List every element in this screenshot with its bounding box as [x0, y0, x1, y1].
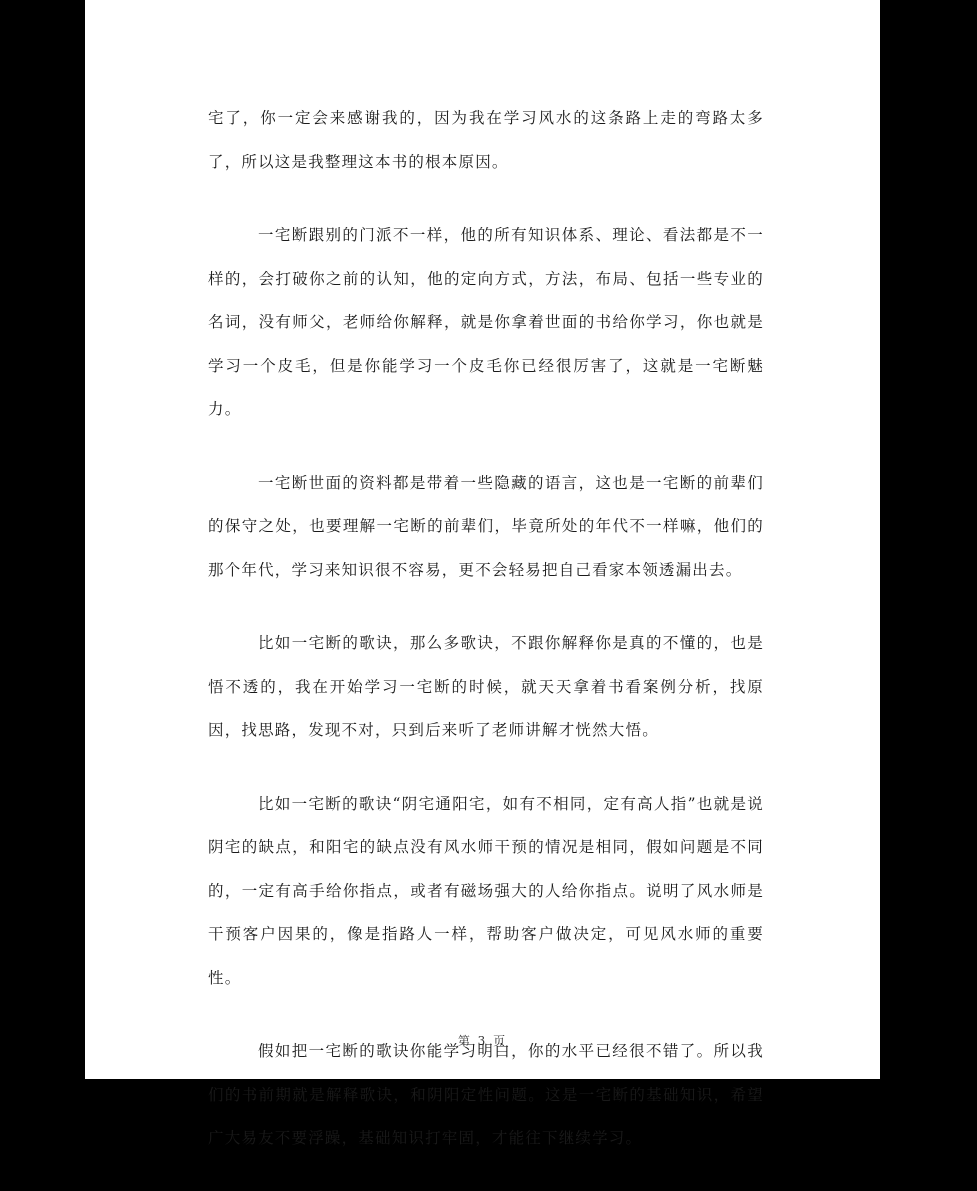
- paragraph-yin-yang-verse: 比如一宅断的歌诀“阴宅通阳宅，如有不相同，定有高人指”也就是说阴宅的缺点，和阳宅…: [208, 783, 764, 1001]
- paragraph-verse-example: 比如一宅断的歌诀，那么多歌诀，不跟你解释你是真的不懂的，也是悟不透的，我在开始学…: [208, 622, 764, 753]
- paragraph-yizhaiduan-difference: 一宅断跟别的门派不一样，他的所有知识体系、理论、看法都是不一样的，会打破你之前的…: [208, 214, 764, 432]
- document-body: 宅了，你一定会来感谢我的，因为我在学习风水的这条路上走的弯路太多了，所以这是我整…: [208, 97, 764, 1079]
- document-page: 宅了，你一定会来感谢我的，因为我在学习风水的这条路上走的弯路太多了，所以这是我整…: [85, 0, 880, 1079]
- paragraph-continuation: 宅了，你一定会来感谢我的，因为我在学习风水的这条路上走的弯路太多了，所以这是我整…: [208, 97, 764, 184]
- page-number: 第 3 页: [85, 1032, 880, 1049]
- paragraph-hidden-language: 一宅断世面的资料都是带着一些隐藏的语言，这也是一宅断的前辈们的保守之处，也要理解…: [208, 462, 764, 593]
